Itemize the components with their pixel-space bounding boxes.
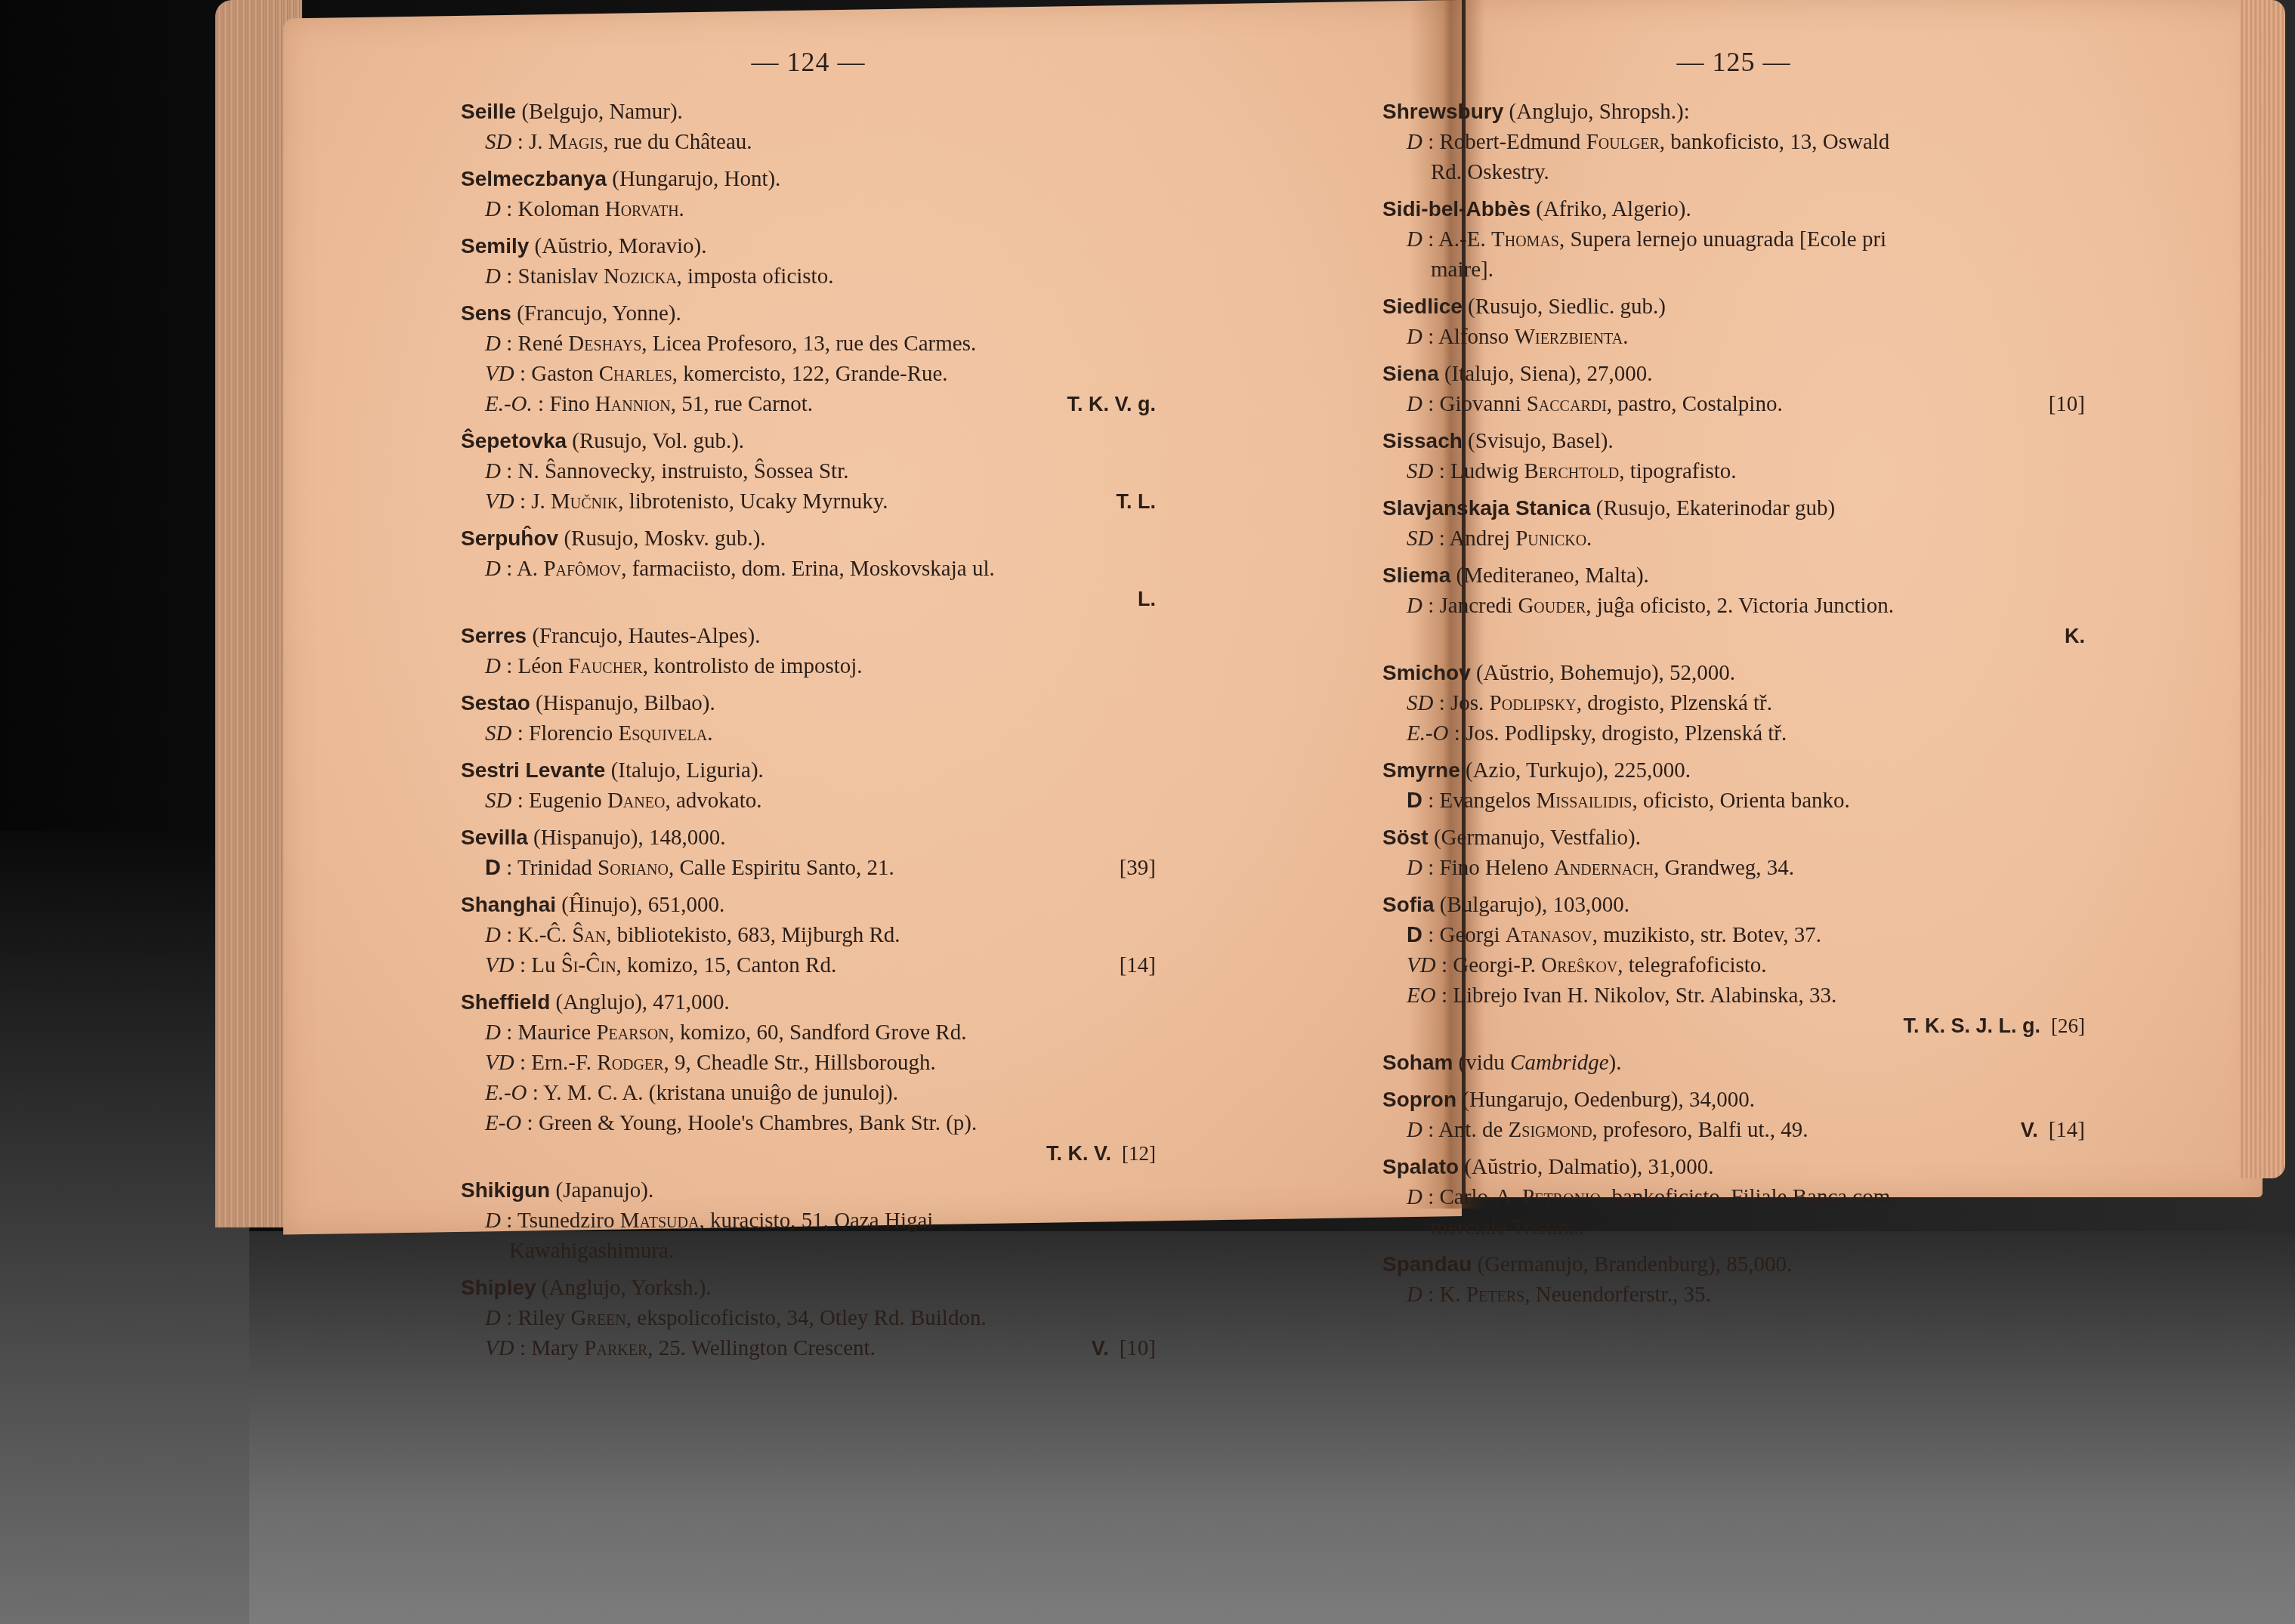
directory-entry: Selmeczbanya (Hungarujo, Hont).D : Kolom… xyxy=(461,164,1156,224)
delegate-address: , kuracisto, 51, Oaza Higai xyxy=(699,1209,933,1233)
directory-entry: Sevilla (Hispanujo), 148,000.D : Trinida… xyxy=(461,823,1156,883)
delegate-line: D : Alfonso Wierzbienta. xyxy=(1382,322,2085,352)
role-abbreviation: D xyxy=(1407,923,1422,947)
directory-entry: Siena (Italujo, Siena), 27,000.D : Giova… xyxy=(1382,359,2085,419)
delegate-text: Lu xyxy=(531,953,561,977)
entry-heading: Spalato (Aŭstrio, Dalmatio), 31,000. xyxy=(1382,1152,2085,1182)
delegate-text: Ern.-F. xyxy=(531,1051,597,1075)
city-region: (Aŭstrio, Bohemujo), 52,000. xyxy=(1471,661,1735,685)
city-name: Serres xyxy=(461,624,527,647)
delegate-text: Trinidad xyxy=(517,856,598,880)
member-count: [12] xyxy=(1122,1142,1156,1165)
city-region: (Afriko, Algerio). xyxy=(1531,197,1691,221)
member-count: [14] xyxy=(2049,1118,2085,1142)
entry-heading: Shrewsbury (Anglujo, Shropsh.): xyxy=(1382,97,2085,127)
entry-spacer xyxy=(1382,1146,2085,1152)
delegate-text: Georgi xyxy=(1440,923,1506,947)
entry-spacer xyxy=(1382,286,2085,292)
entry-heading: Sestri Levante (Italujo, Liguria). xyxy=(461,755,1156,786)
delegate-address: , 51, rue Carnot. xyxy=(671,392,813,416)
city-name: Soham xyxy=(1382,1051,1453,1074)
entry-spacer xyxy=(461,1267,1156,1273)
role-abbreviation: D xyxy=(1407,130,1422,154)
delegate-text: J. xyxy=(531,489,551,514)
entry-marks: [10] xyxy=(2038,389,2085,419)
delegate-surname: Charles xyxy=(599,362,672,386)
role-abbreviation: VD xyxy=(485,953,514,977)
delegate-address: . xyxy=(679,197,684,221)
delegate-surname: Esquivela xyxy=(618,721,707,746)
entry-spacer xyxy=(461,517,1156,523)
role-abbreviation: D xyxy=(1407,594,1422,618)
city-name: Sevilla xyxy=(461,826,528,849)
delegate-text: Y. M. C. A. (kristana unuiĝo de junuloj)… xyxy=(543,1081,898,1105)
entry-spacer xyxy=(461,884,1156,890)
entry-spacer xyxy=(1382,1243,2085,1249)
member-count: [14] xyxy=(1120,953,1156,977)
delegate-address: , ekspolicoficisto, 34, Otley Rd. Buildo… xyxy=(626,1306,987,1330)
directory-entry: Sheffield (Anglujo), 471,000.D : Maurice… xyxy=(461,987,1156,1169)
city-region: (vidu xyxy=(1453,1051,1510,1075)
entry-spacer xyxy=(461,158,1156,164)
entry-heading: Sissach (Svisujo, Basel). xyxy=(1382,426,2085,456)
role-abbreviation: E.-O xyxy=(1407,721,1449,746)
delegate-line: D : A.-E. Thomas, Supera lernejo unuagra… xyxy=(1382,224,2085,255)
city-region: (Aŭstrio, Dalmatio), 31,000. xyxy=(1459,1155,1713,1179)
entry-heading: Sevilla (Hispanujo), 148,000. xyxy=(461,823,1156,853)
delegate-text: Green & Young, Hoole's Chambres, Bank St… xyxy=(539,1111,977,1135)
right-page-text: — 125 — Shrewsbury (Anglujo, Shropsh.):D… xyxy=(1382,47,2085,1317)
entry-spacer xyxy=(461,682,1156,688)
entry-spacer xyxy=(1382,554,2085,560)
delegate-surname: Punicko xyxy=(1515,526,1586,551)
delegate-line: D : K.-Ĉ. Ŝan, bibliotekisto, 683, Mijbu… xyxy=(461,920,1156,950)
delegate-text: Mary xyxy=(531,1336,584,1360)
entry-marks: T. K. V. g. xyxy=(1067,389,1156,419)
directory-entry: Shikigun (Japanujo).D : Tsunedziro Matsu… xyxy=(461,1175,1156,1266)
entry-marks: [39] xyxy=(1109,853,1156,883)
city-region: (Rusujo, Ekaterinodar gub) xyxy=(1591,496,1836,520)
delegate-line: D : Carlo-A. Petronio, bankoficisto, Fil… xyxy=(1382,1182,2085,1212)
delegate-line: D : A. Pafômov, farmaciisto, dom. Erina,… xyxy=(461,554,1156,584)
delegate-surname: Wierzbienta xyxy=(1515,325,1623,349)
delegate-line: VD : Mary Parker, 25. Wellington Crescen… xyxy=(461,1333,1156,1363)
entry-heading: Seille (Belgujo, Namur). xyxy=(461,97,1156,127)
delegate-text: Ant. de xyxy=(1438,1118,1509,1142)
city-region: (Rusujo, Moskv. gub.). xyxy=(558,526,765,551)
city-region: (Bulgarujo), 103,000. xyxy=(1434,893,1629,917)
city-name: Sestri Levante xyxy=(461,758,605,782)
delegate-text: Giovanni xyxy=(1440,392,1527,416)
city-region: (Azio, Turkujo), 225,000. xyxy=(1460,758,1691,783)
city-region: (Hispanujo), 148,000. xyxy=(528,826,726,850)
delegate-surname: Hannion xyxy=(595,392,671,416)
delegate-line: VD : Lu Ŝi-Ĉin, komizo, 15, Canton Rd.[1… xyxy=(461,950,1156,980)
city-name: Söst xyxy=(1382,826,1429,849)
delegate-address: , muzikisto, str. Botev, 37. xyxy=(1592,923,1821,947)
entry-spacer xyxy=(461,225,1156,231)
line-continuation: Rd. Oskestry. xyxy=(1382,157,2085,187)
delegate-line: D : Jancredi Gouder, juĝa oficisto, 2. V… xyxy=(1382,591,2085,621)
delegate-address: , komizo, 60, Sandford Grove Rd. xyxy=(669,1020,967,1045)
entry-spacer xyxy=(461,615,1156,621)
entry-heading: Siedlice (Rusujo, Siedlic. gub.) xyxy=(1382,292,2085,322)
role-abbreviation: D xyxy=(485,923,501,947)
delegate-address: , komercisto, 122, Grande-Rue. xyxy=(672,362,948,386)
delegate-text: Robert-Edmund xyxy=(1440,130,1586,154)
entry-heading: Sheffield (Anglujo), 471,000. xyxy=(461,987,1156,1017)
delegate-surname: Peters xyxy=(1466,1283,1524,1307)
city-name: Sofia xyxy=(1382,893,1434,916)
entry-heading: Slavjanskaja Stanica (Rusujo, Ekaterinod… xyxy=(1382,493,2085,523)
city-name: Sliema xyxy=(1382,563,1450,587)
directory-entry: Shanghai (Ĥinujo), 651,000.D : K.-Ĉ. Ŝan… xyxy=(461,890,1156,980)
delegate-line: D : Robert-Edmund Foulger, bankoficisto,… xyxy=(1382,127,2085,157)
city-name: Sens xyxy=(461,301,511,325)
delegate-address: , telegrafoficisto. xyxy=(1617,953,1766,977)
delegate-surname: Saccardi xyxy=(1527,392,1607,416)
delegate-text: Stanislav xyxy=(518,264,604,289)
entry-heading: Siena (Italujo, Siena), 27,000. xyxy=(1382,359,2085,389)
entry-heading: Ŝepetovka (Rusujo, Vol. gub.). xyxy=(461,426,1156,456)
delegate-text: Ludwig xyxy=(1450,459,1524,483)
delegate-surname: Parker xyxy=(584,1336,647,1360)
delegate-text: Gaston xyxy=(531,362,598,386)
delegate-line: SD : Jos. Podlipsky, drogisto, Plzenská … xyxy=(1382,688,2085,718)
role-abbreviation: VD xyxy=(485,1051,514,1075)
role-abbreviation: VD xyxy=(485,489,514,514)
role-abbreviation: VD xyxy=(485,362,514,386)
delegate-text: N. Ŝannovecky, instruisto, Ŝossea Str. xyxy=(518,459,849,483)
delegate-surname: Petronio xyxy=(1522,1185,1601,1209)
role-abbreviation: SD xyxy=(485,130,511,154)
service-marks-line: T. K. S. J. L. g.[26] xyxy=(1382,1011,2085,1041)
delegate-text: J. xyxy=(529,130,548,154)
service-marks: K. xyxy=(2065,625,2085,647)
role-abbreviation: D xyxy=(485,459,501,483)
entry-marks: T. L. xyxy=(1117,486,1157,517)
entry-heading: Shikigun (Japanujo). xyxy=(461,1175,1156,1206)
delegate-line: D : Tsunedziro Matsuda, kuracisto, 51, O… xyxy=(461,1206,1156,1236)
delegate-surname: Podlipsky xyxy=(1490,691,1577,715)
delegate-line: D : Trinidad Soriano, Calle Espiritu San… xyxy=(461,853,1156,883)
entry-spacer xyxy=(461,981,1156,987)
city-region: (Anglujo, Yorksh.). xyxy=(536,1276,712,1300)
delegate-surname: Pearson xyxy=(596,1020,669,1045)
left-page-text: — 124 — Seille (Belgujo, Namur).SD : J. … xyxy=(461,47,1156,1370)
delegate-line: E-O : Green & Young, Hoole's Chambres, B… xyxy=(461,1108,1156,1138)
entry-heading: Sliema (Mediteraneo, Malta). xyxy=(1382,560,2085,591)
role-abbreviation: D xyxy=(1407,227,1422,252)
directory-entry: Smyrne (Azio, Turkujo), 225,000.D : Evan… xyxy=(1382,755,2085,816)
delegate-line: VD : J. Mučnik, librotenisto, Ucaky Myrn… xyxy=(461,486,1156,517)
entry-heading: Serpuĥov (Rusujo, Moskv. gub.). xyxy=(461,523,1156,554)
city-name: Slavjanskaja Stanica xyxy=(1382,496,1591,520)
entry-heading: Sidi-bel-Abbès (Afriko, Algerio). xyxy=(1382,194,2085,224)
delegate-text: A. xyxy=(517,557,543,581)
delegate-address: , bibliotekisto, 683, Mijburgh Rd. xyxy=(606,923,900,947)
entry-spacer xyxy=(461,749,1156,755)
city-name: Shanghai xyxy=(461,893,556,916)
delegate-surname: Green xyxy=(571,1306,626,1330)
city-name: Siena xyxy=(1382,362,1439,385)
role-abbreviation: E.-O. xyxy=(485,392,533,416)
directory-entry: Serres (Francujo, Hautes-Alpes).D : Léon… xyxy=(461,621,1156,681)
role-abbreviation: D xyxy=(1407,1185,1422,1209)
delegate-text: Georgi-P. xyxy=(1453,953,1541,977)
delegate-text: Tsunedziro xyxy=(517,1209,620,1233)
directory-entry: Söst (Germanujo, Vestfalio).D : Fino Hel… xyxy=(1382,823,2085,883)
city-region: (Hungarujo, Hont). xyxy=(607,167,780,191)
member-count: [10] xyxy=(2049,392,2085,416)
delegate-surname: Ŝan xyxy=(572,923,606,947)
delegate-text: K.-Ĉ. xyxy=(518,923,573,947)
directory-entry: Sissach (Svisujo, Basel).SD : Ludwig Ber… xyxy=(1382,426,2085,486)
delegate-address: . xyxy=(1586,526,1592,551)
delegate-line: D : Giovanni Saccardi, pastro, Costalpin… xyxy=(1382,389,2085,419)
city-region: (Hispanujo, Bilbao). xyxy=(530,691,715,715)
service-marks: L. xyxy=(1138,588,1156,610)
delegate-line: D : René Deshays, Licea Profesoro, 13, r… xyxy=(461,329,1156,359)
directory-entry: Spandau (Germanujo, Brandenburg), 85,000… xyxy=(1382,1249,2085,1310)
directory-entry: Siedlice (Rusujo, Siedlic. gub.)D : Alfo… xyxy=(1382,292,2085,352)
delegate-surname: Nozicka xyxy=(604,264,677,289)
member-count: [26] xyxy=(2051,1014,2085,1037)
delegate-address: , Calle Espiritu Santo, 21. xyxy=(669,856,894,880)
entry-heading: Smichov (Aŭstrio, Bohemujo), 52,000. xyxy=(1382,658,2085,688)
directory-entries: Shrewsbury (Anglujo, Shropsh.):D : Rober… xyxy=(1382,97,2085,1317)
delegate-text: Fino Heleno xyxy=(1440,856,1554,880)
role-abbreviation: D xyxy=(1407,856,1422,880)
delegate-line: D : Fino Heleno Andernach, Grandweg, 34. xyxy=(1382,853,2085,883)
delegate-line: VD : Ern.-F. Rodger, 9, Cheadle Str., Hi… xyxy=(461,1048,1156,1078)
role-abbreviation: SD xyxy=(485,789,511,813)
delegate-line: D : N. Ŝannovecky, instruisto, Ŝossea St… xyxy=(461,456,1156,486)
page-number-125: — 125 — xyxy=(1382,47,2085,77)
role-abbreviation: EO xyxy=(1407,983,1436,1008)
entry-spacer xyxy=(1382,749,2085,755)
city-region: (Belgujo, Namur). xyxy=(516,100,683,124)
delegate-address: . xyxy=(707,721,712,746)
entry-heading: Selmeczbanya (Hungarujo, Hont). xyxy=(461,164,1156,194)
city-region: (Germanujo, Brandenburg), 85,000. xyxy=(1472,1252,1792,1277)
entry-spacer xyxy=(1382,487,2085,493)
delegate-line: SD : J. Magis, rue du Château. xyxy=(461,127,1156,157)
role-abbreviation: SD xyxy=(1407,526,1433,551)
delegate-text: Maurice xyxy=(518,1020,597,1045)
delegate-address: , farmaciisto, dom. Erina, Moskovskaja u… xyxy=(621,557,995,581)
delegate-address: , oficisto, Orienta banko. xyxy=(1632,789,1849,813)
delegate-text: René xyxy=(518,332,569,356)
delegate-surname: Andernach xyxy=(1554,856,1654,880)
city-name: Smyrne xyxy=(1382,758,1460,782)
delegate-text: Carlo-A. xyxy=(1440,1185,1523,1209)
entry-spacer xyxy=(1382,1042,2085,1048)
delegate-text: Alfonso xyxy=(1438,325,1515,349)
delegate-address: , juĝa oficisto, 2. Victoria Junction. xyxy=(1586,594,1894,618)
delegate-surname: Horvath xyxy=(605,197,679,221)
city-region: (Rusujo, Vol. gub.). xyxy=(567,429,744,453)
entry-heading: Sopron (Hungarujo, Oedenburg), 34,000. xyxy=(1382,1085,2085,1115)
role-abbreviation: E.-O xyxy=(485,1081,527,1105)
entry-spacer xyxy=(1382,884,2085,890)
city-name: Shipley xyxy=(461,1276,536,1299)
directory-entry: Spalato (Aŭstrio, Dalmatio), 31,000.D : … xyxy=(1382,1152,2085,1243)
delegate-surname: Ŝi-Ĉin xyxy=(561,953,616,977)
city-name: Siedlice xyxy=(1382,295,1463,318)
delegate-text: Florencio xyxy=(529,721,618,746)
directory-entry: Ŝepetovka (Rusujo, Vol. gub.).D : N. Ŝan… xyxy=(461,426,1156,517)
directory-entry: Sestri Levante (Italujo, Liguria).SD : E… xyxy=(461,755,1156,816)
delegate-line: D : Koloman Horvath. xyxy=(461,194,1156,224)
service-marks: T. K. V. xyxy=(1046,1142,1111,1165)
delegate-address: , bankoficisto, 13, Oswald xyxy=(1660,130,1889,154)
cross-reference: Cambridge xyxy=(1510,1051,1609,1075)
delegate-address: , librotenisto, Ucaky Myrnuky. xyxy=(618,489,888,514)
city-region: (Rusujo, Siedlic. gub.) xyxy=(1463,295,1666,319)
delegate-line: D : Evangelos Missailidis, oficisto, Ori… xyxy=(1382,786,2085,816)
role-abbreviation: D xyxy=(1407,1283,1422,1307)
city-name: Ŝepetovka xyxy=(461,429,567,452)
city-region: (Germanujo, Vestfalio). xyxy=(1429,826,1641,850)
delegate-text: Koloman xyxy=(518,197,605,221)
city-region: (Svisujo, Basel). xyxy=(1463,429,1614,453)
entry-spacer xyxy=(461,817,1156,823)
entry-marks: [14] xyxy=(1109,950,1156,980)
delegate-address: , rue du Château. xyxy=(603,130,752,154)
city-name: Spalato xyxy=(1382,1155,1459,1178)
delegate-surname: Missailidis xyxy=(1537,789,1632,813)
delegate-text: Jos. xyxy=(1450,691,1490,715)
role-abbreviation: D xyxy=(485,557,501,581)
delegate-surname: Matsuda xyxy=(620,1209,700,1233)
delegate-address: , Grandweg, 34. xyxy=(1654,856,1794,880)
delegate-surname: Daneo xyxy=(607,789,666,813)
city-region: (Ĥinujo), 651,000. xyxy=(556,893,724,917)
city-name: Smichov xyxy=(1382,661,1471,684)
entry-spacer xyxy=(461,292,1156,298)
delegate-text: Fino xyxy=(549,392,595,416)
delegate-surname: Rodger xyxy=(597,1051,663,1075)
entry-heading: Söst (Germanujo, Vestfalio). xyxy=(1382,823,2085,853)
delegate-text: Evangelos xyxy=(1440,789,1537,813)
entry-heading: Sestao (Hispanujo, Bilbao). xyxy=(461,688,1156,718)
directory-entry: Semily (Aŭstrio, Moravio).D : Stanislav … xyxy=(461,231,1156,292)
delegate-address: , imposta oficisto. xyxy=(677,264,834,289)
service-marks: V. xyxy=(2021,1119,2038,1141)
role-abbreviation: D xyxy=(1407,789,1422,813)
delegate-address: , pastro, Costalpino. xyxy=(1607,392,1783,416)
directory-entry: Shipley (Anglujo, Yorksh.).D : Riley Gre… xyxy=(461,1273,1156,1363)
delegate-surname: Mučnik xyxy=(551,489,618,514)
service-marks: T. L. xyxy=(1117,490,1157,513)
entry-spacer xyxy=(1382,188,2085,194)
role-abbreviation: SD xyxy=(1407,459,1433,483)
entry-spacer xyxy=(1382,652,2085,658)
delegate-surname: Soriano xyxy=(598,856,669,880)
role-abbreviation: D xyxy=(1407,1118,1422,1142)
city-name: Shikigun xyxy=(461,1178,550,1202)
city-name: Seille xyxy=(461,100,516,123)
entry-heading: Shanghai (Ĥinujo), 651,000. xyxy=(461,890,1156,920)
delegate-text: Eugenio xyxy=(529,789,607,813)
directory-entry: Smichov (Aŭstrio, Bohemujo), 52,000.SD :… xyxy=(1382,658,2085,749)
city-region: (Anglujo, Shropsh.): xyxy=(1503,100,1690,124)
city-region: (Anglujo), 471,000. xyxy=(550,990,730,1014)
delegate-text: Jos. Podlipsky, drogisto, Plzenská tř. xyxy=(1466,721,1787,746)
delegate-address: , kontrolisto de impostoj. xyxy=(643,654,863,678)
delegate-line: E.-O. : Fino Hannion, 51, rue Carnot.T. … xyxy=(461,389,1156,419)
directory-entry: Sliema (Mediteraneo, Malta).D : Jancredi… xyxy=(1382,560,2085,651)
member-count: [10] xyxy=(1120,1336,1156,1360)
delegate-address: , advokato. xyxy=(665,789,761,813)
delegate-surname: Deshays xyxy=(568,332,641,356)
entry-heading: Sofia (Bulgarujo), 103,000. xyxy=(1382,890,2085,920)
delegate-line: VD : Georgi-P. Oreŝkov, telegrafoficisto… xyxy=(1382,950,2085,980)
delegate-line: SD : Ludwig Berchtold, tipografisto. xyxy=(1382,456,2085,486)
city-name: Sheffield xyxy=(461,990,550,1014)
role-abbreviation: D xyxy=(1407,392,1422,416)
city-region: (Hungarujo, Oedenburg), 34,000. xyxy=(1456,1088,1755,1112)
delegate-address: , 25. Wellington Crescent. xyxy=(647,1336,876,1360)
city-region: (Mediteraneo, Malta). xyxy=(1450,563,1649,588)
directory-entry: Sestao (Hispanujo, Bilbao).SD : Florenci… xyxy=(461,688,1156,749)
directory-entry: Serpuĥov (Rusujo, Moskv. gub.).D : A. Pa… xyxy=(461,523,1156,614)
delegate-line: EO : Librejo Ivan H. Nikolov, Str. Alabi… xyxy=(1382,980,2085,1011)
city-region: (Francujo, Yonne). xyxy=(511,301,681,326)
entry-spacer xyxy=(461,1169,1156,1175)
directory-entries: Seille (Belgujo, Namur).SD : J. Magis, r… xyxy=(461,97,1156,1370)
entry-heading: Sens (Francujo, Yonne). xyxy=(461,298,1156,329)
city-name: Sopron xyxy=(1382,1088,1456,1111)
delegate-surname: Faucher xyxy=(568,654,642,678)
delegate-line: SD : Andrej Punicko. xyxy=(1382,523,2085,554)
delegate-text: K. xyxy=(1440,1283,1466,1307)
directory-entry: Soham (vidu Cambridge). xyxy=(1382,1048,2085,1078)
delegate-surname: Atanasov xyxy=(1506,923,1592,947)
entry-spacer xyxy=(1382,1311,2085,1317)
role-abbreviation: D xyxy=(485,332,501,356)
delegate-line: D : K. Peters, Neuendorferstr., 35. xyxy=(1382,1280,2085,1310)
delegate-text: Riley xyxy=(518,1306,571,1330)
delegate-address: , drogisto, Plzenská tř. xyxy=(1577,691,1772,715)
delegate-address: , Neuendorferstr., 35. xyxy=(1524,1283,1710,1307)
city-name: Sissach xyxy=(1382,429,1463,452)
role-abbreviation: SD xyxy=(1407,691,1433,715)
delegate-address: , bankoficisto, Filiale Banca com- xyxy=(1601,1185,1898,1209)
delegate-address: , Licea Profesoro, 13, rue des Carmes. xyxy=(641,332,976,356)
directory-entry: Sopron (Hungarujo, Oedenburg), 34,000.D … xyxy=(1382,1085,2085,1145)
page-number-124: — 124 — xyxy=(461,47,1156,77)
city-region: (Italujo, Liguria). xyxy=(605,758,763,783)
delegate-surname: Oreŝkov xyxy=(1541,953,1617,977)
delegate-line: SD : Eugenio Daneo, advokato. xyxy=(461,786,1156,816)
role-abbreviation: SD xyxy=(485,721,511,746)
city-region: (Aŭstrio, Moravio). xyxy=(529,234,706,258)
entry-spacer xyxy=(1382,420,2085,426)
entry-heading: Semily (Aŭstrio, Moravio). xyxy=(461,231,1156,261)
role-abbreviation: VD xyxy=(1407,953,1436,977)
delegate-surname: Foulger xyxy=(1586,130,1660,154)
delegate-line: E.-O : Y. M. C. A. (kristana unuiĝo de j… xyxy=(461,1078,1156,1108)
role-abbreviation: VD xyxy=(485,1336,514,1360)
delegate-address: , 9, Cheadle Str., Hillsborough. xyxy=(664,1051,936,1075)
delegate-line: D : Stanislav Nozicka, imposta oficisto. xyxy=(461,261,1156,292)
directory-entry: Sidi-bel-Abbès (Afriko, Algerio).D : A.-… xyxy=(1382,194,2085,285)
delegate-address: . xyxy=(1623,325,1628,349)
delegate-surname: Gouder xyxy=(1518,594,1586,618)
delegate-text: Léon xyxy=(518,654,569,678)
